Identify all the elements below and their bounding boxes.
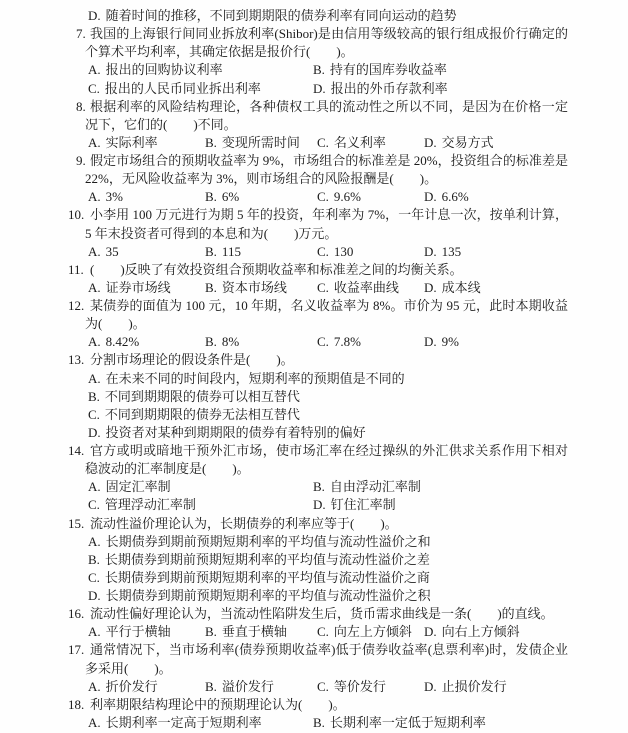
- option-b: B.持有的国库券收益率: [313, 61, 447, 79]
- option-text: 收益率曲线: [334, 280, 399, 295]
- option-label: B.: [313, 62, 325, 77]
- option-label: D.: [424, 679, 437, 694]
- option-label: D.: [313, 81, 326, 96]
- options-row: B.不同到期期限的债券可以相互替代: [0, 388, 628, 407]
- question-line: 14. 官方或明或暗地干预外汇市场，使市场汇率在经过操纵的外汇供求关系作用下相对…: [0, 442, 628, 461]
- question-text: 5 年末投资者可得到的本息和为( )万元。: [85, 225, 337, 243]
- option-text: 长期利率一定低于短期利率: [330, 715, 486, 730]
- question-number: 14.: [68, 442, 84, 460]
- option-text: 报出的人民币同业拆出利率: [105, 81, 261, 96]
- option-text: 持有的国库券收益率: [330, 62, 447, 77]
- option-label: A.: [88, 371, 101, 386]
- question-text: 个算术平均利率，其确定依据是报价行( )。: [85, 43, 354, 61]
- exam-page: D.随着时间的推移，不同到期期限的债券利率有同向运动的趋势 7. 我国的上海银行…: [0, 0, 628, 733]
- question-line: 12. 某债券的面值为 100 元，10 年期，名义收益率为 8%。市价为 95…: [0, 297, 628, 316]
- option-b: B.溢价发行: [205, 678, 274, 696]
- option-text: 报出的外币存款利率: [331, 81, 448, 96]
- option-text: 等价发行: [334, 679, 386, 694]
- option-label: A.: [88, 679, 101, 694]
- option-label: A.: [88, 624, 101, 639]
- options-row: C.报出的人民币同业拆出利率 D.报出的外币存款利率: [0, 80, 628, 99]
- option-label: D.: [424, 334, 437, 349]
- option-label: A.: [88, 334, 101, 349]
- option-a: A.实际利率: [88, 134, 158, 152]
- option-text: 止损价发行: [442, 679, 507, 694]
- question-line: 个算术平均利率，其确定依据是报价行( )。: [0, 43, 628, 62]
- option-label: B.: [88, 389, 100, 404]
- option-label: B.: [205, 624, 217, 639]
- option-label: B.: [313, 715, 325, 730]
- option-d: D.随着时间的推移，不同到期期限的债券利率有同向运动的趋势: [88, 7, 457, 25]
- question-number: 11.: [68, 261, 84, 279]
- option-label: C.: [88, 407, 100, 422]
- option-label: A.: [88, 62, 101, 77]
- options-row: A.长期利率一定高于短期利率 B.长期利率一定低于短期利率: [0, 714, 628, 733]
- option-d: D.9%: [424, 333, 459, 351]
- option-text: 不同到期期限的债券无法相互替代: [105, 407, 300, 422]
- option-label: D.: [88, 8, 101, 23]
- option-label: A.: [88, 715, 101, 730]
- question-line: 9. 假定市场组合的预期收益率为 9%，市场组合的标准差是 20%，投资组合的标…: [0, 152, 628, 171]
- option-c: C.收益率曲线: [317, 279, 399, 297]
- question-number: 17.: [68, 641, 84, 659]
- option-label: C.: [317, 280, 329, 295]
- option-text: 3%: [106, 189, 123, 204]
- options-row: D.投资者对某种到期期限的债券有着特别的偏好: [0, 424, 628, 443]
- option-label: B.: [88, 552, 100, 567]
- question-number: 10.: [68, 206, 84, 224]
- question-line: 5 年末投资者可得到的本息和为( )万元。: [0, 225, 628, 244]
- option-label: D.: [424, 189, 437, 204]
- option-a: A.固定汇率制: [88, 478, 171, 496]
- option-text: 9%: [442, 334, 459, 349]
- prev-question-option-d-line: D.随着时间的推移，不同到期期限的债券利率有同向运动的趋势: [0, 7, 628, 26]
- option-c: C.向左上方倾斜: [317, 623, 412, 641]
- options-row: A.折价发行 B.溢价发行 C.等价发行 D.止损价发行: [0, 678, 628, 697]
- option-d: D.长期债券到期前预期短期利率的平均值与流动性溢价之积: [88, 587, 431, 605]
- option-label: C.: [317, 244, 329, 259]
- question-text: 稳波动的汇率制度是( )。: [85, 460, 250, 478]
- question-number: 18.: [68, 696, 84, 714]
- option-label: C.: [317, 679, 329, 694]
- option-label: D.: [88, 588, 101, 603]
- option-text: 报出的回购协议利率: [106, 62, 223, 77]
- option-a: A.在未来不同的时间段内，短期利率的预期值是不同的: [88, 370, 405, 388]
- question-line: 为( )。: [0, 315, 628, 334]
- option-text: 6%: [222, 189, 239, 204]
- question-number: 7.: [76, 25, 86, 43]
- option-text: 随着时间的推移，不同到期期限的债券利率有同向运动的趋势: [106, 8, 457, 23]
- question-text: 况下，它们的( )不同。: [85, 116, 237, 134]
- options-row: B.长期债券到期前预期短期利率的平均值与流动性溢价之差: [0, 551, 628, 570]
- question-text: 22%，无风险收益率为 3%，则市场组合的风险报酬是( )。: [85, 170, 437, 188]
- option-b: B.长期利率一定低于短期利率: [313, 714, 486, 732]
- option-label: A.: [88, 479, 101, 494]
- option-label: C.: [317, 624, 329, 639]
- option-text: 资本市场线: [222, 280, 287, 295]
- question-line: 8. 根据利率的风险结构理论，各种债权工具的流动性之所以不同，是因为在价格一定的…: [0, 98, 628, 117]
- option-text: 长期债券到期前预期短期利率的平均值与流动性溢价之积: [106, 588, 431, 603]
- option-text: 8%: [222, 334, 239, 349]
- question-text: 根据利率的风险结构理论，各种债权工具的流动性之所以不同，是因为在价格一定的情: [90, 98, 568, 117]
- option-text: 证券市场线: [106, 280, 171, 295]
- options-row: A.长期债券到期前预期短期利率的平均值与流动性溢价之和: [0, 533, 628, 552]
- option-text: 在未来不同的时间段内，短期利率的预期值是不同的: [106, 371, 405, 386]
- option-text: 向右上方倾斜: [442, 624, 520, 639]
- option-label: B.: [205, 135, 217, 150]
- option-label: B.: [205, 334, 217, 349]
- question-number: 13.: [68, 351, 84, 369]
- option-d: D.135: [424, 243, 461, 261]
- option-text: 折价发行: [106, 679, 158, 694]
- option-text: 135: [442, 244, 462, 259]
- options-row: A.35 B.115 C.130 D.135: [0, 243, 628, 262]
- question-number: 15.: [68, 515, 84, 533]
- option-c: C.等价发行: [317, 678, 386, 696]
- option-text: 130: [334, 244, 354, 259]
- option-b: B.垂直于横轴: [205, 623, 287, 641]
- option-a: A.35: [88, 243, 119, 261]
- question-number: 16.: [68, 605, 84, 623]
- question-number: 9.: [76, 152, 86, 170]
- option-c: C.报出的人民币同业拆出利率: [88, 80, 261, 98]
- options-row: A.平行于横轴 B.垂直于横轴 C.向左上方倾斜 D.向右上方倾斜: [0, 623, 628, 642]
- question-line: 7. 我国的上海银行间同业拆放利率(Shibor)是由信用等级较高的银行组成报价…: [0, 25, 628, 44]
- options-row: A.8.42% B.8% C.7.8% D.9%: [0, 333, 628, 352]
- option-a: A.平行于横轴: [88, 623, 171, 641]
- question-line: 16. 流动性偏好理论认为，当流动性陷阱发生后，货币需求曲线是一条( )的直线。: [0, 605, 628, 624]
- option-text: 成本线: [442, 280, 481, 295]
- option-label: B.: [313, 479, 325, 494]
- option-d: D.止损价发行: [424, 678, 507, 696]
- option-text: 自由浮动汇率制: [330, 479, 421, 494]
- option-text: 8.42%: [106, 334, 140, 349]
- option-b: B.变现所需时间: [205, 134, 300, 152]
- option-d: D.向右上方倾斜: [424, 623, 520, 641]
- options-row: A.实际利率 B.变现所需时间 C.名义利率 D.交易方式: [0, 134, 628, 153]
- option-label: D.: [88, 425, 101, 440]
- question-text: 某债券的面值为 100 元，10 年期，名义收益率为 8%。市价为 95 元，此…: [90, 297, 568, 316]
- option-label: A.: [88, 189, 101, 204]
- option-label: A.: [88, 534, 101, 549]
- option-text: 长期债券到期前预期短期利率的平均值与流动性溢价之商: [105, 570, 430, 585]
- option-b: B.不同到期期限的债券可以相互替代: [88, 388, 300, 406]
- option-text: 固定汇率制: [106, 479, 171, 494]
- question-text: 利率期限结构理论中的预期理论认为( )。: [90, 696, 346, 714]
- question-line: 多采用( )。: [0, 660, 628, 679]
- option-text: 变现所需时间: [222, 135, 300, 150]
- option-label: C.: [317, 334, 329, 349]
- question-line: 18. 利率期限结构理论中的预期理论认为( )。: [0, 696, 628, 715]
- option-text: 平行于横轴: [106, 624, 171, 639]
- option-b: B.长期债券到期前预期短期利率的平均值与流动性溢价之差: [88, 551, 430, 569]
- option-label: D.: [313, 497, 326, 512]
- question-line: 10. 小李用 100 万元进行为期 5 年的投资，年利率为 7%，一年计息一次…: [0, 206, 628, 225]
- options-row: C.不同到期期限的债券无法相互替代: [0, 406, 628, 425]
- option-a: A.3%: [88, 188, 123, 206]
- option-label: D.: [424, 135, 437, 150]
- option-b: B.资本市场线: [205, 279, 287, 297]
- option-a: A.证券市场线: [88, 279, 171, 297]
- option-b: B.6%: [205, 188, 239, 206]
- option-text: 垂直于横轴: [222, 624, 287, 639]
- option-text: 管理浮动汇率制: [105, 497, 196, 512]
- option-text: 长期债券到期前预期短期利率的平均值与流动性溢价之差: [105, 552, 430, 567]
- option-text: 钉住汇率制: [331, 497, 396, 512]
- option-label: C.: [88, 497, 100, 512]
- option-label: D.: [424, 280, 437, 295]
- options-row: A.固定汇率制 B.自由浮动汇率制: [0, 478, 628, 497]
- option-b: B.自由浮动汇率制: [313, 478, 421, 496]
- question-text: 分割市场理论的假设条件是( )。: [90, 351, 294, 369]
- option-c: C.130: [317, 243, 353, 261]
- option-label: A.: [88, 135, 101, 150]
- option-text: 实际利率: [106, 135, 158, 150]
- options-row: A.报出的回购协议利率 B.持有的国库券收益率: [0, 61, 628, 80]
- option-c: C.7.8%: [317, 333, 361, 351]
- question-line: 况下，它们的( )不同。: [0, 116, 628, 135]
- option-b: B.8%: [205, 333, 239, 351]
- options-row: A.证券市场线 B.资本市场线 C.收益率曲线 D.成本线: [0, 279, 628, 298]
- option-a: A.8.42%: [88, 333, 139, 351]
- option-label: A.: [88, 280, 101, 295]
- options-row: A.在未来不同的时间段内，短期利率的预期值是不同的: [0, 370, 628, 389]
- option-d: D.成本线: [424, 279, 481, 297]
- question-number: 8.: [76, 98, 86, 116]
- option-c: C.管理浮动汇率制: [88, 496, 196, 514]
- question-number: 12.: [68, 297, 84, 315]
- option-a: A.折价发行: [88, 678, 158, 696]
- question-line: 稳波动的汇率制度是( )。: [0, 460, 628, 479]
- question-text: 通常情况下，当市场利率(债券预期收益率)低于债券收益率(息票利率)时，发债企业: [90, 641, 568, 660]
- option-d: D.钉住汇率制: [313, 496, 396, 514]
- option-text: 不同到期期限的债券可以相互替代: [105, 389, 300, 404]
- option-text: 长期利率一定高于短期利率: [106, 715, 262, 730]
- option-text: 35: [106, 244, 119, 259]
- option-c: C.9.6%: [317, 188, 361, 206]
- option-c: C.名义利率: [317, 134, 386, 152]
- options-row: C.长期债券到期前预期短期利率的平均值与流动性溢价之商: [0, 569, 628, 588]
- question-text: 多采用( )。: [85, 660, 172, 678]
- option-text: 溢价发行: [222, 679, 274, 694]
- option-text: 7.8%: [334, 334, 361, 349]
- option-b: B.115: [205, 243, 241, 261]
- option-d: D.6.6%: [424, 188, 469, 206]
- option-text: 投资者对某种到期期限的债券有着特别的偏好: [106, 425, 366, 440]
- question-text: ( )反映了有效投资组合预期收益率和标准差之间的均衡关系。: [90, 261, 463, 279]
- option-d: D.报出的外币存款利率: [313, 80, 448, 98]
- option-label: D.: [424, 624, 437, 639]
- question-line: 15. 流动性溢价理论认为，长期债券的利率应等于( )。: [0, 515, 628, 534]
- option-label: C.: [88, 570, 100, 585]
- option-c: C.长期债券到期前预期短期利率的平均值与流动性溢价之商: [88, 569, 430, 587]
- options-row: D.长期债券到期前预期短期利率的平均值与流动性溢价之积: [0, 587, 628, 606]
- option-text: 交易方式: [442, 135, 494, 150]
- option-label: B.: [205, 244, 217, 259]
- option-text: 长期债券到期前预期短期利率的平均值与流动性溢价之和: [106, 534, 431, 549]
- option-label: C.: [88, 81, 100, 96]
- option-d: D.交易方式: [424, 134, 494, 152]
- option-label: C.: [317, 135, 329, 150]
- option-a: A.长期利率一定高于短期利率: [88, 714, 262, 732]
- question-text: 小李用 100 万元进行为期 5 年的投资，年利率为 7%，一年计息一次，按单利…: [90, 206, 568, 225]
- option-text: 6.6%: [442, 189, 469, 204]
- option-a: A.报出的回购协议利率: [88, 61, 223, 79]
- options-row: A.3% B.6% C.9.6% D.6.6%: [0, 188, 628, 207]
- option-label: B.: [205, 280, 217, 295]
- option-text: 名义利率: [334, 135, 386, 150]
- option-label: C.: [317, 189, 329, 204]
- question-text: 我国的上海银行间同业拆放利率(Shibor)是由信用等级较高的银行组成报价行确定…: [90, 25, 568, 44]
- question-line: 22%，无风险收益率为 3%，则市场组合的风险报酬是( )。: [0, 170, 628, 189]
- option-label: D.: [424, 244, 437, 259]
- question-line: 13. 分割市场理论的假设条件是( )。: [0, 351, 628, 370]
- option-text: 向左上方倾斜: [334, 624, 412, 639]
- question-text: 官方或明或暗地干预外汇市场，使市场汇率在经过操纵的外汇供求关系作用下相对平: [90, 442, 568, 461]
- option-label: B.: [205, 679, 217, 694]
- question-text: 为( )。: [85, 315, 146, 333]
- option-text: 9.6%: [334, 189, 361, 204]
- question-line: 17. 通常情况下，当市场利率(债券预期收益率)低于债券收益率(息票利率)时，发…: [0, 641, 628, 660]
- question-line: 11. ( )反映了有效投资组合预期收益率和标准差之间的均衡关系。: [0, 261, 628, 280]
- option-d: D.投资者对某种到期期限的债券有着特别的偏好: [88, 424, 366, 442]
- question-text: 流动性偏好理论认为，当流动性陷阱发生后，货币需求曲线是一条( )的直线。: [90, 605, 554, 623]
- question-text: 流动性溢价理论认为，长期债券的利率应等于( )。: [90, 515, 398, 533]
- option-label: A.: [88, 244, 101, 259]
- option-c: C.不同到期期限的债券无法相互替代: [88, 406, 300, 424]
- option-label: B.: [205, 189, 217, 204]
- question-text: 假定市场组合的预期收益率为 9%，市场组合的标准差是 20%，投资组合的标准差是: [90, 152, 568, 171]
- option-a: A.长期债券到期前预期短期利率的平均值与流动性溢价之和: [88, 533, 431, 551]
- option-text: 115: [222, 244, 241, 259]
- options-row: C.管理浮动汇率制 D.钉住汇率制: [0, 496, 628, 515]
